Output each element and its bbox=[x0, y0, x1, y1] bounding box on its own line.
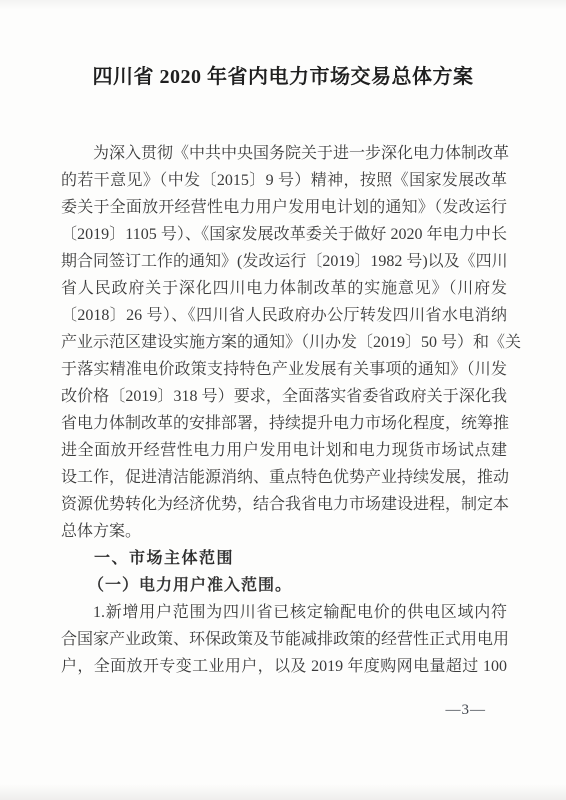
text-line: 合国家产业政策、环保政策及节能减排政策的经营性正式用电用 bbox=[61, 626, 507, 653]
page-number: —3— bbox=[446, 700, 487, 720]
text-line: 〔2018〕26 号）、《四川省人民政府办公厅转发四川省水电消纳 bbox=[61, 302, 507, 329]
document-page: 四川省 2020 年省内电力市场交易总体方案 为深入贯彻《中共中央国务院关于进一… bbox=[0, 0, 566, 800]
text-line: 的若干意见》（中发〔2015〕9 号）精神，按照《国家发展改革 bbox=[61, 167, 507, 194]
text-line: 委关于全面放开经营性电力用户发用电计划的通知》（发改运行 bbox=[61, 194, 507, 221]
document-title: 四川省 2020 年省内电力市场交易总体方案 bbox=[0, 62, 566, 92]
subsection-heading: （一）电力用户准入范围。 bbox=[61, 572, 507, 599]
item-paragraph: 1.新增用户范围为四川省已核定输配电价的供电区域内符 合国家产业政策、环保政策及… bbox=[61, 599, 507, 680]
section-heading: 一、市场主体范围 bbox=[61, 545, 507, 572]
text-line: 资源优势转化为经济优势，结合我省电力市场建设进程，制定本 bbox=[61, 491, 507, 518]
text-line: 改价格〔2019〕318 号）要求，全面落实省委省政府关于深化我 bbox=[61, 383, 507, 410]
text-line: 设工作，促进清洁能源消纳、重点特色优势产业持续发展，推动 bbox=[61, 464, 507, 491]
text-line: 进全面放开经营性电力用户发用电计划和电力现货市场试点建 bbox=[61, 437, 507, 464]
intro-paragraph: 为深入贯彻《中共中央国务院关于进一步深化电力体制改革 的若干意见》（中发〔201… bbox=[61, 140, 507, 545]
text-line: 〔2019〕1105 号）、《国家发展改革委关于做好 2020 年电力中长 bbox=[61, 221, 507, 248]
document-body: 为深入贯彻《中共中央国务院关于进一步深化电力体制改革 的若干意见》（中发〔201… bbox=[61, 140, 507, 680]
text-line: 于落实精准电价政策支持特色产业发展有关事项的通知》（川发 bbox=[61, 356, 507, 383]
text-line: 省电力体制改革的安排部署，持续提升电力市场化程度，统筹推 bbox=[61, 410, 507, 437]
text-line: 1.新增用户范围为四川省已核定输配电价的供电区域内符 bbox=[61, 599, 507, 626]
text-line: 产业示范区建设实施方案的通知》（川办发〔2019〕50 号）和《关 bbox=[61, 329, 507, 356]
text-line: 为深入贯彻《中共中央国务院关于进一步深化电力体制改革 bbox=[61, 140, 507, 167]
text-line: 总体方案。 bbox=[61, 518, 507, 545]
text-line: 省人民政府关于深化四川电力体制改革的实施意见》（川府发 bbox=[61, 275, 507, 302]
text-line: 期合同签订工作的通知》(发改运行〔2019〕1982 号)以及《四川 bbox=[61, 248, 507, 275]
text-line: 户，全面放开专变工业用户，以及 2019 年度购网电量超过 100 bbox=[61, 653, 507, 680]
